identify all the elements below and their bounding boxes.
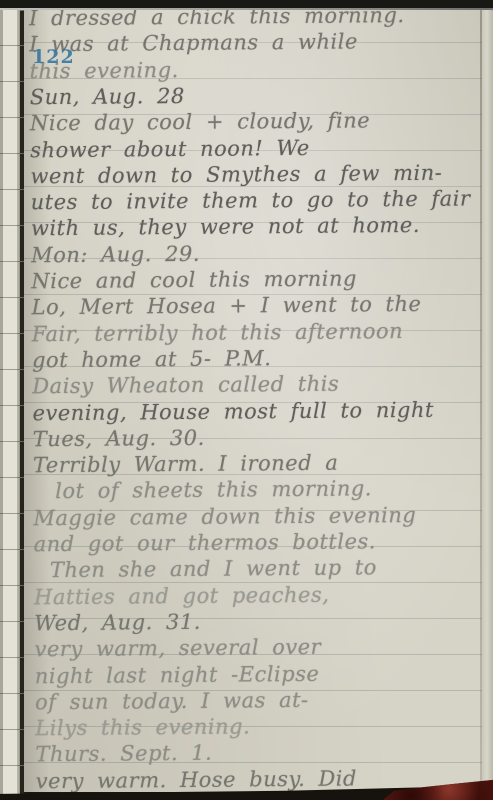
diary-line: Wed, Aug. 31.	[34, 610, 201, 635]
diary-line: night last night -Eclipse	[35, 661, 320, 687]
page-right-edge	[482, 10, 493, 794]
diary-line: Hatties and got peaches,	[34, 582, 329, 609]
diary-line: Terribly Warm. I ironed a	[33, 451, 339, 478]
diary-line: Nice and cool this morning	[31, 266, 357, 293]
diary-line: very warm, several over	[34, 635, 321, 662]
diary-line: of sun today. I was at-	[35, 688, 309, 714]
diary-line: Maggie came down this evening	[33, 503, 416, 530]
diary-line: utes to invite them to go to the fair	[31, 187, 471, 215]
page-number-stamp: 122	[32, 46, 75, 68]
diary-line: I was at Chapmans a while	[29, 30, 358, 57]
diary-line: Lo, Mert Hosea + I went to the	[31, 292, 421, 319]
diary-line: with us, they were not at home.	[31, 213, 420, 240]
diary-line: shower about noon! We	[30, 135, 310, 161]
diary-photo: I dressed a chick this morning.I was at …	[0, 0, 493, 800]
diary-line: and got our thermos bottles.	[34, 529, 376, 556]
diary-line: Fair, terribly hot this afternoon	[32, 319, 403, 346]
diary-line: I dressed a chick this morning.	[29, 10, 405, 30]
diary-line: Daisy Wheaton called this	[32, 372, 339, 399]
diary-line: very warm. Hose busy. Did	[36, 766, 357, 792]
diary-line: got home at 5- P.M.	[32, 346, 272, 372]
photo-top-edge	[0, 0, 493, 8]
diary-line: Mon: Aug. 29.	[31, 242, 200, 267]
diary-line: Tues, Aug. 30.	[33, 426, 205, 451]
diary-line: Lilys this evening.	[35, 714, 250, 740]
diary-page: I dressed a chick this morning.I was at …	[24, 10, 482, 792]
diary-line: Nice day cool + cloudy, fine	[30, 109, 370, 136]
diary-line: went down to Smythes a few min-	[30, 161, 442, 189]
diary-line: Sun, Aug. 28	[30, 84, 185, 109]
diary-line: Then she and I went up to	[50, 556, 377, 583]
diary-line: Thurs. Sept. 1.	[35, 741, 212, 767]
diary-line: lot of sheets this morning.	[55, 477, 372, 504]
handwritten-text: I dressed a chick this morning.I was at …	[24, 10, 482, 792]
diary-line: evening, House most full to night	[32, 397, 434, 425]
